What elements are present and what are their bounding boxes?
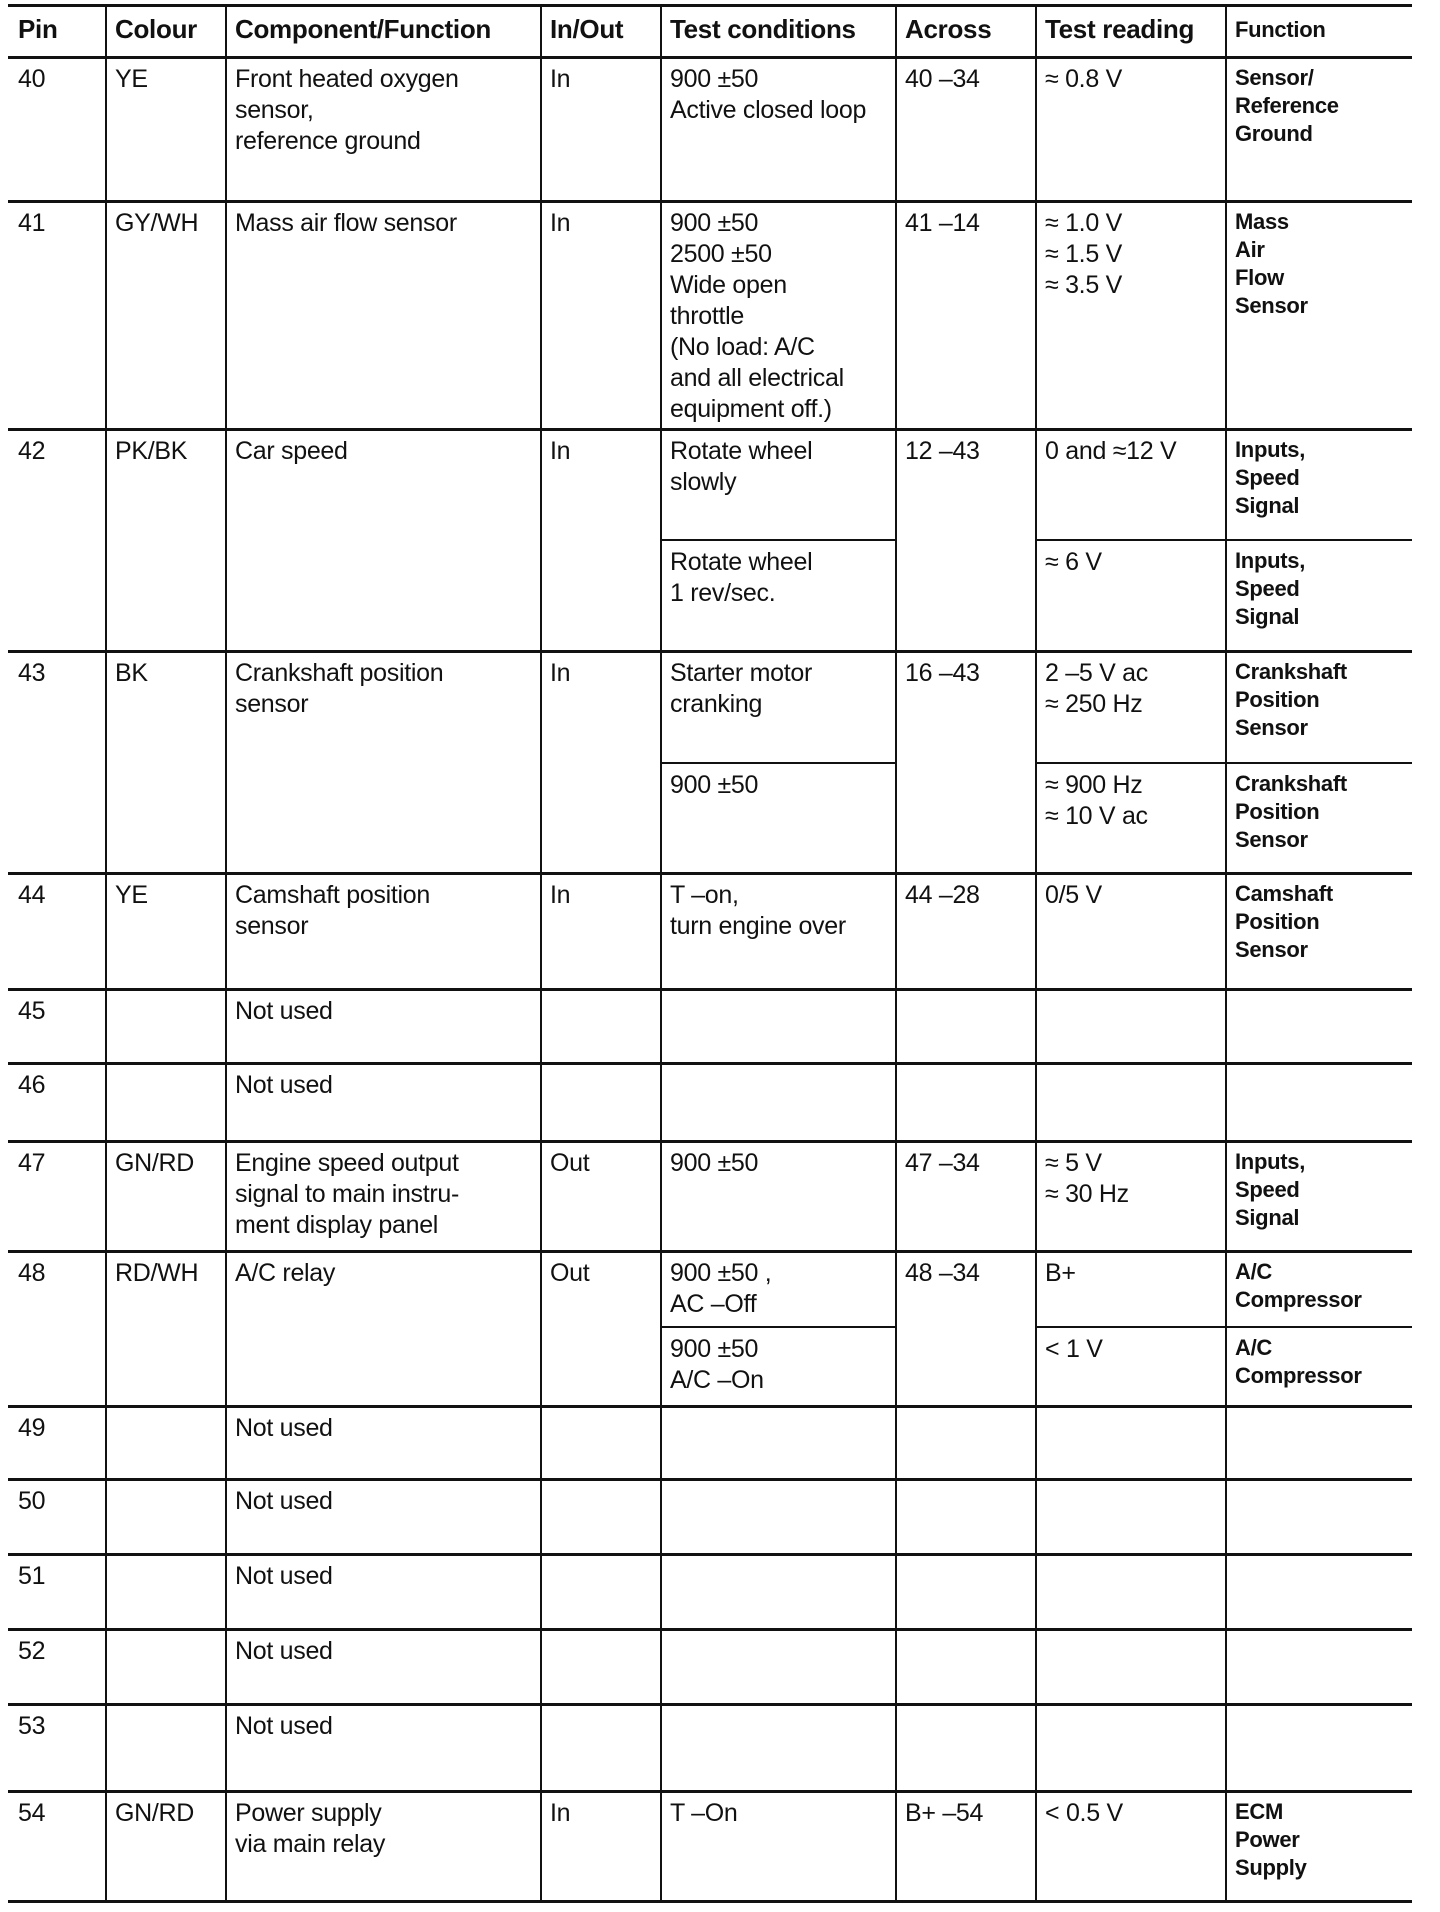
- row-divider: [8, 650, 1412, 653]
- cell-component: Not used: [235, 1486, 534, 1517]
- cell-component: Not used: [235, 1711, 534, 1742]
- cell-pin: 43: [18, 658, 99, 689]
- cell-test-reading: ≈ 1.0 V ≈ 1.5 V ≈ 3.5 V: [1045, 208, 1219, 301]
- cell-test-conditions: 900 ±50: [670, 770, 889, 801]
- cell-function: A/C Compressor: [1235, 1258, 1406, 1314]
- cell-function: A/C Compressor: [1235, 1334, 1406, 1390]
- cell-test-conditions: Starter motor cranking: [670, 658, 889, 720]
- cell-inout: In: [550, 880, 654, 911]
- column-divider: [540, 4, 542, 1900]
- cell-test-reading: ≈ 900 Hz ≈ 10 V ac: [1045, 770, 1219, 832]
- cell-pin: 51: [18, 1561, 99, 1592]
- cell-across: 16 –43: [905, 658, 1029, 689]
- column-divider: [225, 4, 227, 1900]
- cell-inout: Out: [550, 1148, 654, 1179]
- cell-colour: YE: [115, 880, 219, 911]
- cell-test-reading: ≈ 0.8 V: [1045, 64, 1219, 95]
- cell-colour: GN/RD: [115, 1798, 219, 1829]
- cell-across: 12 –43: [905, 436, 1029, 467]
- cell-test-reading: ≈ 6 V: [1045, 547, 1219, 578]
- cell-pin: 47: [18, 1148, 99, 1179]
- cell-colour: YE: [115, 64, 219, 95]
- column-header-colour: Colour: [115, 14, 219, 45]
- cell-function: Inputs, Speed Signal: [1235, 547, 1406, 631]
- cell-component: Camshaft position sensor: [235, 880, 534, 942]
- cell-inout: In: [550, 208, 654, 239]
- row-divider: [8, 1478, 1412, 1481]
- cell-function: Inputs, Speed Signal: [1235, 1148, 1406, 1232]
- cell-across: 47 –34: [905, 1148, 1029, 1179]
- row-divider: [8, 1250, 1412, 1253]
- cell-component: Engine speed output signal to main instr…: [235, 1148, 534, 1241]
- cell-across: 48 –34: [905, 1258, 1029, 1289]
- cell-function: Sensor/ Reference Ground: [1235, 64, 1406, 148]
- cell-pin: 46: [18, 1070, 99, 1101]
- cell-colour: BK: [115, 658, 219, 689]
- cell-test-conditions: 900 ±50 2500 ±50 Wide open throttle (No …: [670, 208, 889, 425]
- column-header-pin: Pin: [18, 14, 99, 45]
- cell-test-conditions: T –On: [670, 1798, 889, 1829]
- cell-pin: 44: [18, 880, 99, 911]
- cell-inout: In: [550, 436, 654, 467]
- cell-component: Not used: [235, 1636, 534, 1667]
- cell-test-conditions: 900 ±50: [670, 1148, 889, 1179]
- cell-inout: Out: [550, 1258, 654, 1289]
- row-divider: [8, 1062, 1412, 1065]
- cell-pin: 41: [18, 208, 99, 239]
- cell-function: Inputs, Speed Signal: [1235, 436, 1406, 520]
- column-divider: [1035, 4, 1037, 1900]
- cell-test-conditions: Rotate wheel slowly: [670, 436, 889, 498]
- cell-pin: 42: [18, 436, 99, 467]
- row-divider: [8, 1140, 1412, 1143]
- cell-colour: GN/RD: [115, 1148, 219, 1179]
- row-divider: [660, 539, 895, 541]
- cell-inout: In: [550, 658, 654, 689]
- column-header-conditions: Test conditions: [670, 14, 889, 45]
- cell-component: Mass air flow sensor: [235, 208, 534, 239]
- cell-test-conditions: Rotate wheel 1 rev/sec.: [670, 547, 889, 609]
- row-divider: [8, 1405, 1412, 1408]
- column-header-function: Function: [1235, 14, 1406, 45]
- cell-test-reading: 0 and ≈12 V: [1045, 436, 1219, 467]
- row-divider: [1035, 762, 1412, 764]
- cell-inout: In: [550, 1798, 654, 1829]
- cell-test-conditions: 900 ±50 A/C –On: [670, 1334, 889, 1396]
- column-divider: [1225, 4, 1227, 1900]
- cell-component: Car speed: [235, 436, 534, 467]
- cell-function: Mass Air Flow Sensor: [1235, 208, 1406, 320]
- cell-test-reading: 2 –5 V ac ≈ 250 Hz: [1045, 658, 1219, 720]
- row-divider: [8, 4, 1412, 7]
- row-divider: [660, 762, 895, 764]
- cell-across: 40 –34: [905, 64, 1029, 95]
- row-divider: [8, 1628, 1412, 1631]
- cell-function: Crankshaft Position Sensor: [1235, 658, 1406, 742]
- row-divider: [1035, 1326, 1412, 1328]
- cell-pin: 50: [18, 1486, 99, 1517]
- row-divider: [8, 1553, 1412, 1556]
- row-divider: [8, 56, 1412, 59]
- row-divider: [8, 988, 1412, 991]
- row-divider: [8, 1790, 1412, 1793]
- cell-component: Not used: [235, 1413, 534, 1444]
- cell-pin: 45: [18, 996, 99, 1027]
- row-divider: [1035, 539, 1412, 541]
- cell-pin: 52: [18, 1636, 99, 1667]
- cell-component: Not used: [235, 996, 534, 1027]
- cell-pin: 53: [18, 1711, 99, 1742]
- cell-colour: GY/WH: [115, 208, 219, 239]
- cell-function: ECM Power Supply: [1235, 1798, 1406, 1882]
- row-divider: [8, 200, 1412, 203]
- cell-component: Not used: [235, 1561, 534, 1592]
- row-divider: [8, 1900, 1412, 1903]
- cell-across: B+ –54: [905, 1798, 1029, 1829]
- cell-test-reading: < 0.5 V: [1045, 1798, 1219, 1829]
- column-divider: [660, 4, 662, 1900]
- cell-component: Front heated oxygen sensor, reference gr…: [235, 64, 534, 157]
- column-header-component: Component/Function: [235, 14, 534, 45]
- cell-pin: 49: [18, 1413, 99, 1444]
- cell-component: Power supply via main relay: [235, 1798, 534, 1860]
- column-divider: [895, 4, 897, 1900]
- column-divider: [105, 4, 107, 1900]
- cell-colour: PK/BK: [115, 436, 219, 467]
- row-divider: [660, 1326, 895, 1328]
- cell-test-reading: ≈ 5 V ≈ 30 Hz: [1045, 1148, 1219, 1210]
- cell-test-conditions: 900 ±50 , AC –Off: [670, 1258, 889, 1320]
- cell-component: Crankshaft position sensor: [235, 658, 534, 720]
- pin-test-table: PinColourComponent/FunctionIn/OutTest co…: [0, 0, 1440, 1912]
- row-divider: [8, 1703, 1412, 1706]
- cell-function: Camshaft Position Sensor: [1235, 880, 1406, 964]
- cell-test-conditions: 900 ±50 Active closed loop: [670, 64, 889, 126]
- cell-component: A/C relay: [235, 1258, 534, 1289]
- row-divider: [8, 428, 1412, 431]
- cell-test-reading: < 1 V: [1045, 1334, 1219, 1365]
- column-header-reading: Test reading: [1045, 14, 1219, 45]
- cell-test-reading: B+: [1045, 1258, 1219, 1289]
- cell-test-conditions: T –on, turn engine over: [670, 880, 889, 942]
- cell-component: Not used: [235, 1070, 534, 1101]
- column-header-across: Across: [905, 14, 1029, 45]
- row-divider: [8, 872, 1412, 875]
- cell-inout: In: [550, 64, 654, 95]
- column-header-inout: In/Out: [550, 14, 654, 45]
- cell-across: 41 –14: [905, 208, 1029, 239]
- cell-function: Crankshaft Position Sensor: [1235, 770, 1406, 854]
- cell-colour: RD/WH: [115, 1258, 219, 1289]
- cell-pin: 54: [18, 1798, 99, 1829]
- cell-across: 44 –28: [905, 880, 1029, 911]
- cell-pin: 48: [18, 1258, 99, 1289]
- cell-pin: 40: [18, 64, 99, 95]
- cell-test-reading: 0/5 V: [1045, 880, 1219, 911]
